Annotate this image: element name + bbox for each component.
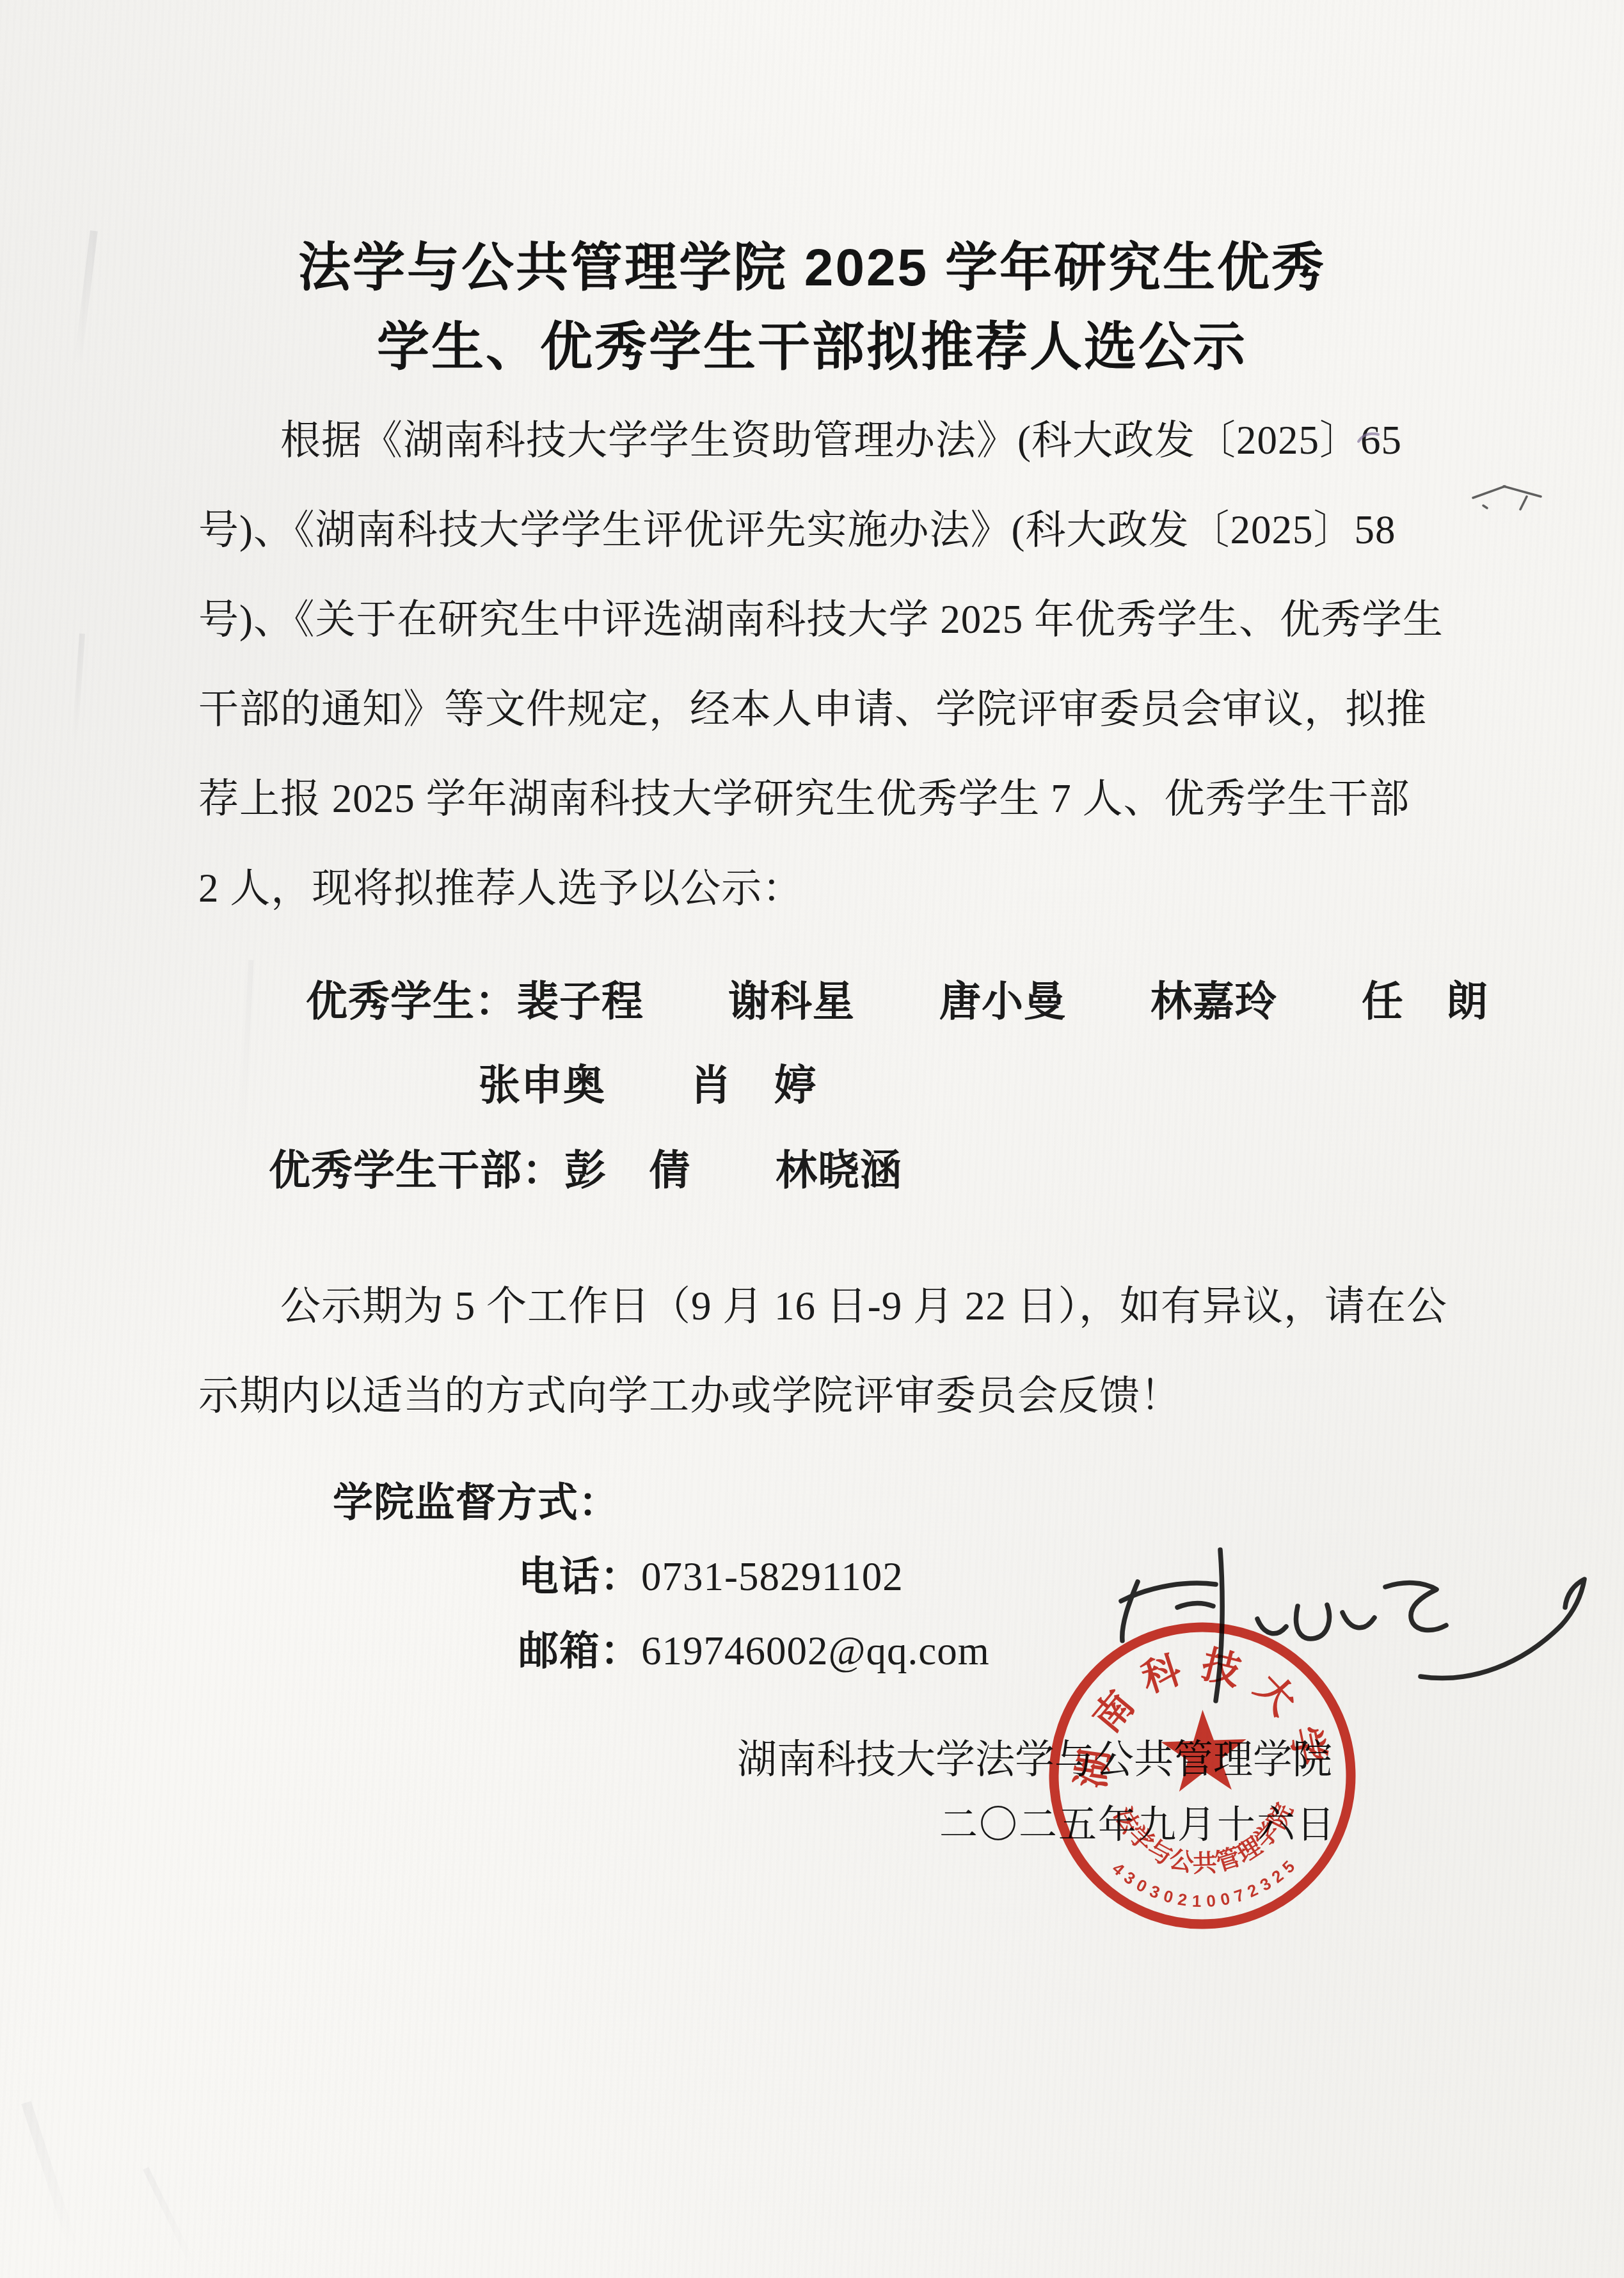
scan-streak (21, 2101, 78, 2250)
scan-streak (72, 633, 85, 742)
intro-line: 干部的通知》等文件规定，经本人申请、学院评审委员会审议，拟推 (198, 686, 1427, 732)
intro-line: 荐上报 2025 学年湖南科技大学研究生优秀学生 7 人、优秀学生干部 (198, 776, 1410, 822)
cadres-names: 彭 倩 林晓涵 (564, 1148, 902, 1194)
intro-line: 号)、《湖南科技大学学生评优评先实施办法》(科大政发〔2025〕58 (198, 507, 1396, 553)
handwritten-signature (1062, 1523, 1624, 1728)
email-value: 619746002@qq.com (641, 1629, 990, 1673)
cadres-row: 优秀学生干部：彭 倩 林晓涵 (269, 1147, 902, 1195)
scan-streak (143, 2167, 196, 2267)
supervision-heading: 学院监督方式： (333, 1479, 619, 1525)
cadres-label: 优秀学生干部： (269, 1147, 564, 1193)
document-title-line1: 法学与公共管理学院 2025 学年研究生优秀 (0, 238, 1624, 298)
students-label: 优秀学生： (306, 978, 517, 1024)
intro-line: 号)、《关于在研究生中评选湖南科技大学 2025 年优秀学生、优秀学生 (198, 596, 1444, 642)
notice-line1: 公示期为 5 个工作日（9 月 16 日-9 月 22 日），如有异议，请在公 (198, 1283, 1447, 1329)
students-row1: 优秀学生：裴子程 谢科星 唐小曼 林嘉玲 任 朗 (306, 978, 1488, 1026)
scan-streak (238, 960, 254, 1165)
phone-label: 电话： (518, 1554, 641, 1599)
email-label: 邮箱： (518, 1629, 641, 1673)
supervision-email: 邮箱：619746002@qq.com (518, 1628, 990, 1674)
students-row2: 张申奥 肖 婷 (479, 1062, 816, 1110)
students-names-row1: 裴子程 谢科星 唐小曼 林嘉玲 任 朗 (517, 979, 1488, 1025)
intro-line: 2 人，现将拟推荐人选予以公示： (198, 865, 803, 911)
intro-line: 根据《湖南科技大学学生资助管理办法》(科大政发〔2025〕65 (198, 417, 1402, 463)
document-title-line2: 学生、优秀学生干部拟推荐人选公示 (0, 317, 1624, 378)
pen-scratch-mark (1465, 467, 1568, 525)
phone-value: 0731-58291102 (641, 1554, 904, 1599)
supervision-phone: 电话：0731-58291102 (518, 1554, 904, 1600)
notice-line2: 示期内以适当的方式向学工办或学院评审委员会反馈！ (198, 1373, 1181, 1419)
